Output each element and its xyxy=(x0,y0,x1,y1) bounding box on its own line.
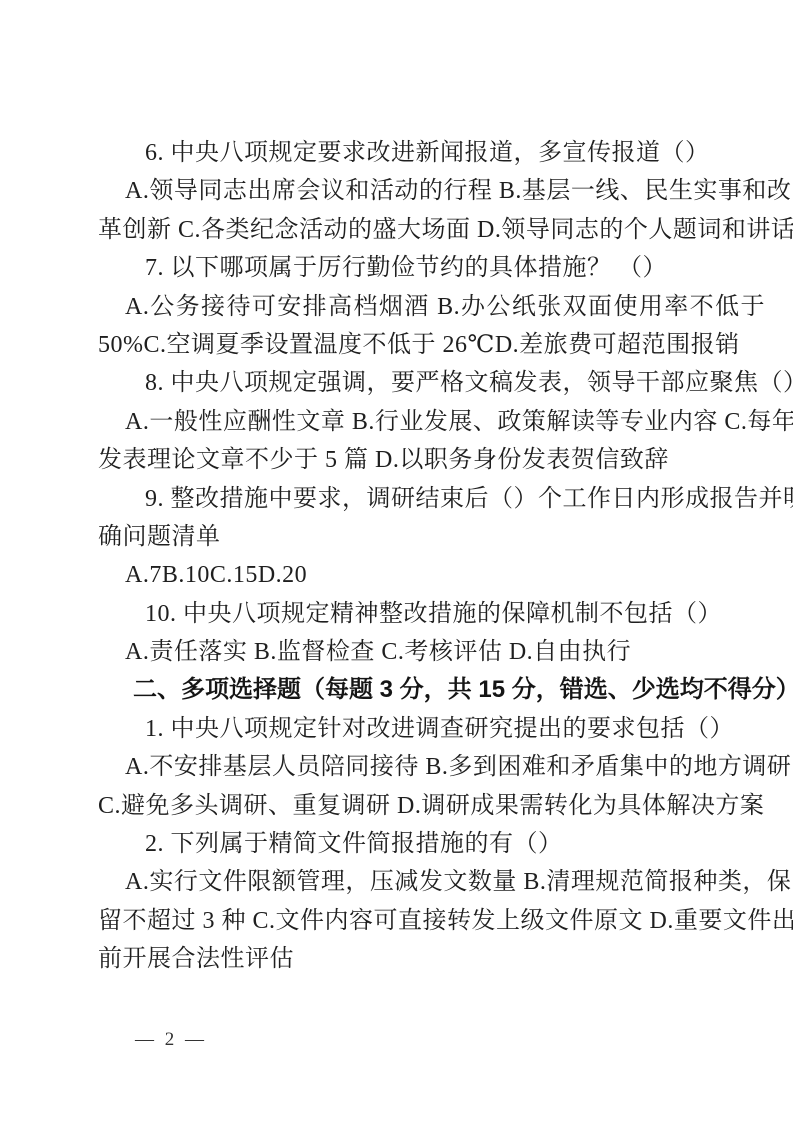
option-line: A.一般性应酬性文章 B.行业发展、政策解读等专业内容 C.每年 xyxy=(98,403,765,441)
page-number: — 2 — xyxy=(135,1029,207,1051)
option-line: A.领导同志出席会议和活动的行程 B.基层一线、民生实事和改 xyxy=(98,172,765,210)
option-line: A.公务接待可安排高档烟酒 B.办公纸张双面使用率不低于 xyxy=(98,288,765,326)
continuation-line: 革创新 C.各类纪念活动的盛大场面 D.领导同志的个人题词和讲话 xyxy=(98,211,765,249)
question-line: 9. 整改措施中要求，调研结束后（）个工作日内形成报告并明 xyxy=(98,480,765,518)
continuation-line: 发表理论文章不少于 5 篇 D.以职务身份发表贺信致辞 xyxy=(98,441,765,479)
question-line: 8. 中央八项规定强调，要严格文稿发表，领导干部应聚焦（） xyxy=(98,364,765,402)
document-body: 6. 中央八项规定要求改进新闻报道，多宣传报道（）A.领导同志出席会议和活动的行… xyxy=(98,134,765,979)
option-line: A.实行文件限额管理，压减发文数量 B.清理规范简报种类，保 xyxy=(98,863,765,901)
continuation-line: 确问题清单 xyxy=(98,518,765,556)
continuation-line: 前开展合法性评估 xyxy=(98,940,765,978)
document-page: 6. 中央八项规定要求改进新闻报道，多宣传报道（）A.领导同志出席会议和活动的行… xyxy=(0,0,793,1122)
option-line: A.不安排基层人员陪同接待 B.多到困难和矛盾集中的地方调研 xyxy=(98,748,765,786)
question-line: 6. 中央八项规定要求改进新闻报道，多宣传报道（） xyxy=(98,134,765,172)
continuation-line: C.避免多头调研、重复调研 D.调研成果需转化为具体解决方案 xyxy=(98,787,765,825)
continuation-line: 50%C.空调夏季设置温度不低于 26℃D.差旅费可超范围报销 xyxy=(98,326,765,364)
question-line: 10. 中央八项规定精神整改措施的保障机制不包括（） xyxy=(98,595,765,633)
option-line: A.责任落实 B.监督检查 C.考核评估 D.自由执行 xyxy=(98,633,765,671)
section-heading: 二、多项选择题（每题 3 分，共 15 分，错选、少选均不得分） xyxy=(98,671,765,709)
question-line: 7. 以下哪项属于厉行勤俭节约的具体措施？ （） xyxy=(98,249,765,287)
question-line: 2. 下列属于精简文件简报措施的有（） xyxy=(98,825,765,863)
option-line: A.7B.10C.15D.20 xyxy=(98,556,765,594)
question-line: 1. 中央八项规定针对改进调查研究提出的要求包括（） xyxy=(98,710,765,748)
continuation-line: 留不超过 3 种 C.文件内容可直接转发上级文件原文 D.重要文件出台 xyxy=(98,902,765,940)
